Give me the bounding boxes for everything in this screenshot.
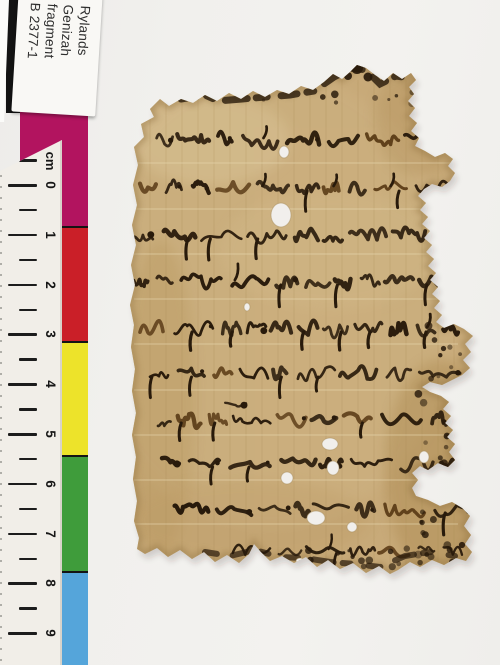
paper-hole — [322, 438, 338, 450]
manuscript-fragment — [0, 0, 500, 665]
paper-hole — [327, 461, 339, 475]
paper-hole — [281, 472, 293, 484]
paper-hole — [279, 146, 289, 158]
photo-stage: cm 0123456789 Rylands Genizah fragment B… — [0, 0, 500, 665]
paper-hole — [307, 511, 325, 525]
paper-hole — [244, 303, 250, 311]
fragment-surface — [80, 62, 495, 595]
paper-hole — [419, 451, 429, 463]
paper-hole — [347, 522, 357, 532]
paper-hole — [271, 203, 291, 227]
manuscript-text-stroke — [433, 231, 452, 234]
